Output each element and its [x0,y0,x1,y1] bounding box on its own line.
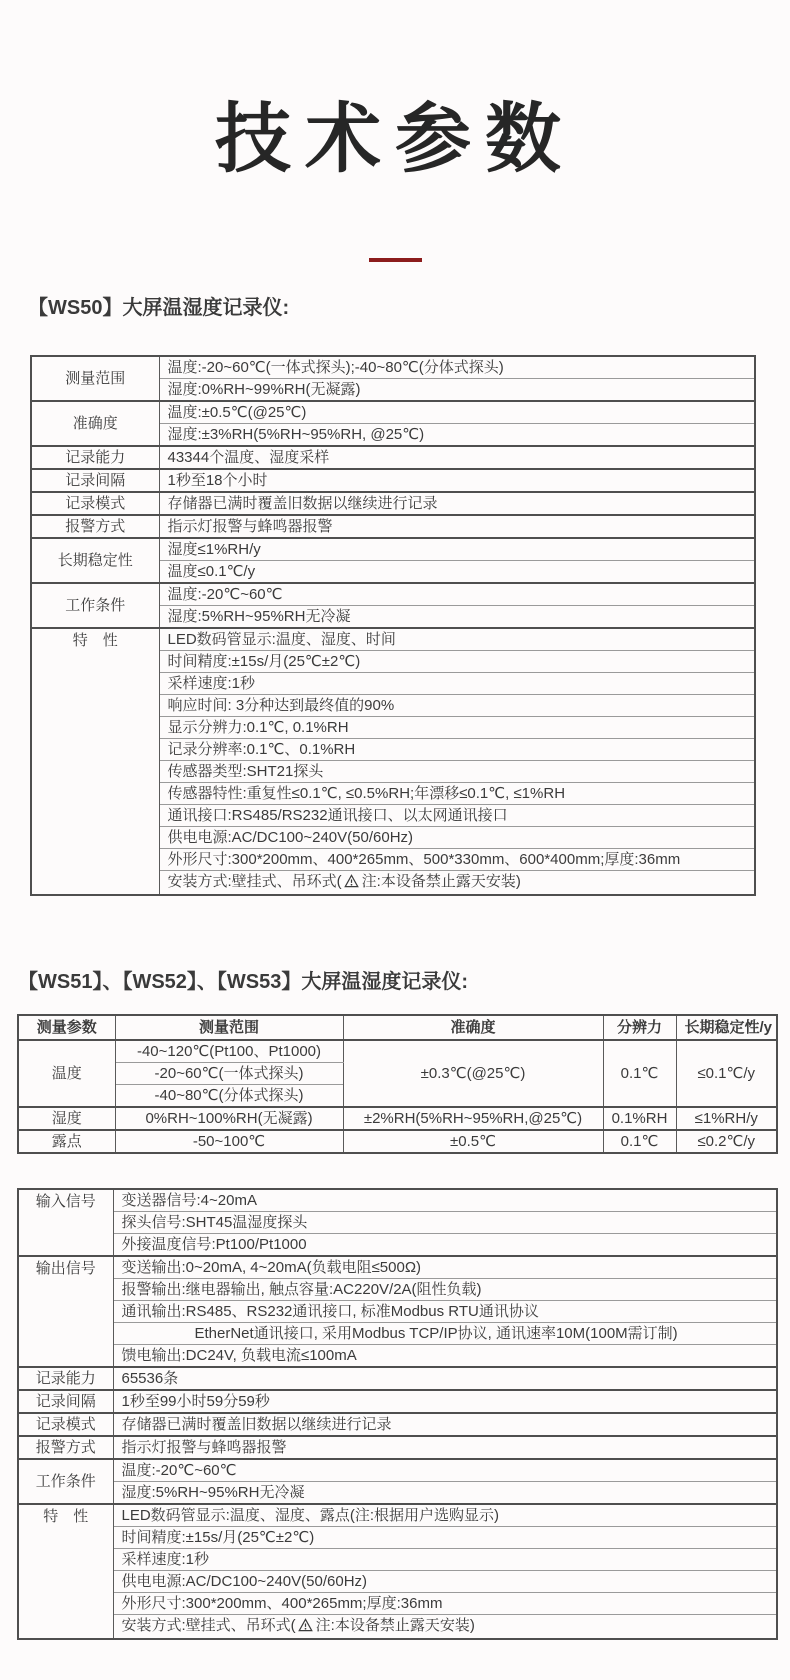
row-value: 温度:±0.5℃(@25℃) [159,401,755,424]
table-row: 安装方式:壁挂式、吊环式(注:本设备禁止露天安装) [18,1615,777,1640]
row-value: 湿度:±3%RH(5%RH~95%RH, @25℃) [159,424,755,447]
row-value: 记录分辨率:0.1℃、0.1%RH [159,739,755,761]
row-label: 特 性 [18,1504,113,1639]
accuracy-cell: ±0.3℃(@25℃) [343,1040,603,1107]
table-row: 记录间隔 1秒至99小时59分59秒 [18,1390,777,1413]
install-text-prefix: 安装方式:壁挂式、吊环式( [168,873,342,890]
title-divider [369,258,422,262]
row-value: 时间精度:±15s/月(25℃±2℃) [113,1527,777,1549]
row-value-install: 安装方式:壁挂式、吊环式(注:本设备禁止露天安装) [113,1615,777,1640]
row-value: 1秒至99小时59分59秒 [113,1390,777,1413]
row-value: 供电电源:AC/DC100~240V(50/60Hz) [159,827,755,849]
table-row: 时间精度:±15s/月(25℃±2℃) [18,1527,777,1549]
row-label: 记录能力 [18,1367,113,1390]
table-row: 报警方式 指示灯报警与蜂鸣器报警 [18,1436,777,1459]
row-value: EtherNet通讯接口, 采用Modbus TCP/IP协议, 通讯速率10M… [113,1323,777,1345]
column-header: 准确度 [343,1015,603,1040]
row-label: 特 性 [31,628,159,895]
warning-triangle-icon [298,1617,313,1638]
column-header: 分辨力 [603,1015,676,1040]
row-label: 记录间隔 [31,469,159,492]
ws51-52-53-range-table: 测量参数 测量范围 准确度 分辨力 长期稳定性/y 温度 -40~120℃(Pt… [17,1014,778,1154]
resolution-cell: 0.1%RH [603,1107,676,1130]
row-value: LED数码管显示:温度、湿度、时间 [159,628,755,651]
row-value: 响应时间: 3分种达到最终值的90% [159,695,755,717]
table-row: 工作条件 温度:-20℃~60℃ [31,583,755,606]
table-row: 记录模式 存储器已满时覆盖旧数据以继续进行记录 [31,492,755,515]
install-text-prefix: 安装方式:壁挂式、吊环式( [122,1617,296,1634]
column-header: 长期稳定性/y [676,1015,777,1040]
row-label: 记录间隔 [18,1390,113,1413]
table-row: 采样速度:1秒 [18,1549,777,1571]
row-value: 65536条 [113,1367,777,1390]
row-label: 工作条件 [31,583,159,628]
table-row: 报警输出:继电器输出, 触点容量:AC220V/2A(阻性负载) [18,1279,777,1301]
table-row: 外接温度信号:Pt100/Pt1000 [18,1234,777,1257]
accuracy-cell: ±2%RH(5%RH~95%RH,@25℃) [343,1107,603,1130]
row-value: 采样速度:1秒 [113,1549,777,1571]
row-label: 报警方式 [31,515,159,538]
table-row: 馈电输出:DC24V, 负载电流≤100mA [18,1345,777,1368]
table-row: 外形尺寸:300*200mm、400*265mm;厚度:36mm [18,1593,777,1615]
row-value: 温度:-20℃~60℃ [113,1459,777,1482]
row-label: 输出信号 [18,1256,113,1367]
row-value: 存储器已满时覆盖旧数据以继续进行记录 [113,1413,777,1436]
row-value: 报警输出:继电器输出, 触点容量:AC220V/2A(阻性负载) [113,1279,777,1301]
row-value: 通讯输出:RS485、RS232通讯接口, 标准Modbus RTU通讯协议 [113,1301,777,1323]
row-value: 温度:-20℃~60℃ [159,583,755,606]
column-header: 测量范围 [115,1015,343,1040]
table-row: EtherNet通讯接口, 采用Modbus TCP/IP协议, 通讯速率10M… [18,1323,777,1345]
page-title: 技术参数 [0,0,790,178]
row-value: 探头信号:SHT45温湿度探头 [113,1212,777,1234]
row-value: 存储器已满时覆盖旧数据以继续进行记录 [159,492,755,515]
table-row: 记录能力 65536条 [18,1367,777,1390]
table-row: 特 性 LED数码管显示:温度、湿度、时间 [31,628,755,651]
row-value: 变送输出:0~20mA, 4~20mA(负载电阻≤500Ω) [113,1256,777,1279]
table-row: 湿度:5%RH~95%RH无冷凝 [18,1482,777,1505]
stability-cell: ≤0.1℃/y [676,1040,777,1107]
table-row: 输出信号 变送输出:0~20mA, 4~20mA(负载电阻≤500Ω) [18,1256,777,1279]
table-row: 记录模式 存储器已满时覆盖旧数据以继续进行记录 [18,1413,777,1436]
stability-cell: ≤1%RH/y [676,1107,777,1130]
resolution-cell: 0.1℃ [603,1040,676,1107]
range-cell: -20~60℃(一体式探头) [115,1063,343,1085]
row-value: 湿度:0%RH~99%RH(无凝露) [159,379,755,402]
row-value: 传感器类型:SHT21探头 [159,761,755,783]
row-label: 输入信号 [18,1189,113,1256]
row-value: 1秒至18个小时 [159,469,755,492]
table-row: 长期稳定性 湿度≤1%RH/y [31,538,755,561]
row-value: 湿度≤1%RH/y [159,538,755,561]
accuracy-cell: ±0.5℃ [343,1130,603,1153]
install-text-note: 注:本设备禁止露天安装) [362,873,521,890]
resolution-cell: 0.1℃ [603,1130,676,1153]
param-cell: 露点 [18,1130,115,1153]
table-row: 报警方式 指示灯报警与蜂鸣器报警 [31,515,755,538]
table-row: 输入信号 变送器信号:4~20mA [18,1189,777,1212]
stability-cell: ≤0.2℃/y [676,1130,777,1153]
column-header: 测量参数 [18,1015,115,1040]
range-cell: 0%RH~100%RH(无凝露) [115,1107,343,1130]
param-cell: 湿度 [18,1107,115,1130]
row-value: LED数码管显示:温度、湿度、露点(注:根据用户选购显示) [113,1504,777,1527]
row-label: 记录能力 [31,446,159,469]
row-value: 指示灯报警与蜂鸣器报警 [159,515,755,538]
row-value: 外接温度信号:Pt100/Pt1000 [113,1234,777,1257]
warning-triangle-icon [344,873,359,894]
table-row: 记录能力 43344个温度、湿度采样 [31,446,755,469]
row-value: 外形尺寸:300*200mm、400*265mm;厚度:36mm [113,1593,777,1615]
row-value: 馈电输出:DC24V, 负载电流≤100mA [113,1345,777,1368]
row-value: 时间精度:±15s/月(25℃±2℃) [159,651,755,673]
row-value: 温度:-20~60℃(一体式探头);-40~80℃(分体式探头) [159,356,755,379]
row-value: 指示灯报警与蜂鸣器报警 [113,1436,777,1459]
row-label: 报警方式 [18,1436,113,1459]
param-cell: 温度 [18,1040,115,1107]
table-header-row: 测量参数 测量范围 准确度 分辨力 长期稳定性/y [18,1015,777,1040]
table-row: 测量范围 温度:-20~60℃(一体式探头);-40~80℃(分体式探头) [31,356,755,379]
row-value: 显示分辨力:0.1℃, 0.1%RH [159,717,755,739]
section-heading-ws51-52-53: 【WS51】、【WS52】、【WS53】大屏温湿度记录仪: [18,968,790,996]
row-label: 测量范围 [31,356,159,401]
row-value: 湿度:5%RH~95%RH无冷凝 [159,606,755,629]
range-cell: -40~80℃(分体式探头) [115,1085,343,1108]
row-value: 外形尺寸:300*200mm、400*265mm、500*330mm、600*4… [159,849,755,871]
row-label: 工作条件 [18,1459,113,1504]
table-row: 通讯输出:RS485、RS232通讯接口, 标准Modbus RTU通讯协议 [18,1301,777,1323]
table-row: 温度 -40~120℃(Pt100、Pt1000) ±0.3℃(@25℃) 0.… [18,1040,777,1063]
row-value: 采样速度:1秒 [159,673,755,695]
row-value: 传感器特性:重复性≤0.1℃, ≤0.5%RH;年漂移≤0.1℃, ≤1%RH [159,783,755,805]
row-value-install: 安装方式:壁挂式、吊环式(注:本设备禁止露天安装) [159,871,755,896]
install-text-note: 注:本设备禁止露天安装) [316,1617,475,1634]
row-value: 湿度:5%RH~95%RH无冷凝 [113,1482,777,1505]
table-row: 供电电源:AC/DC100~240V(50/60Hz) [18,1571,777,1593]
range-cell: -50~100℃ [115,1130,343,1153]
table-row: 湿度 0%RH~100%RH(无凝露) ±2%RH(5%RH~95%RH,@25… [18,1107,777,1130]
row-label: 准确度 [31,401,159,446]
row-label: 记录模式 [18,1413,113,1436]
row-value: 供电电源:AC/DC100~240V(50/60Hz) [113,1571,777,1593]
table-row: 记录间隔 1秒至18个小时 [31,469,755,492]
row-value: 通讯接口:RS485/RS232通讯接口、以太网通讯接口 [159,805,755,827]
table-row: 探头信号:SHT45温湿度探头 [18,1212,777,1234]
row-value: 温度≤0.1℃/y [159,561,755,584]
table-row: 露点 -50~100℃ ±0.5℃ 0.1℃ ≤0.2℃/y [18,1130,777,1153]
ws51-52-53-spec-table: 输入信号 变送器信号:4~20mA 探头信号:SHT45温湿度探头 外接温度信号… [17,1188,778,1640]
row-label: 记录模式 [31,492,159,515]
row-value: 43344个温度、湿度采样 [159,446,755,469]
range-cell: -40~120℃(Pt100、Pt1000) [115,1040,343,1063]
section-heading-ws50: 【WS50】大屏温湿度记录仪: [28,294,790,322]
table-row: 特 性 LED数码管显示:温度、湿度、露点(注:根据用户选购显示) [18,1504,777,1527]
row-label: 长期稳定性 [31,538,159,583]
table-row: 工作条件 温度:-20℃~60℃ [18,1459,777,1482]
row-value: 变送器信号:4~20mA [113,1189,777,1212]
ws50-spec-table: 测量范围 温度:-20~60℃(一体式探头);-40~80℃(分体式探头) 湿度… [30,355,756,896]
table-row: 准确度 温度:±0.5℃(@25℃) [31,401,755,424]
